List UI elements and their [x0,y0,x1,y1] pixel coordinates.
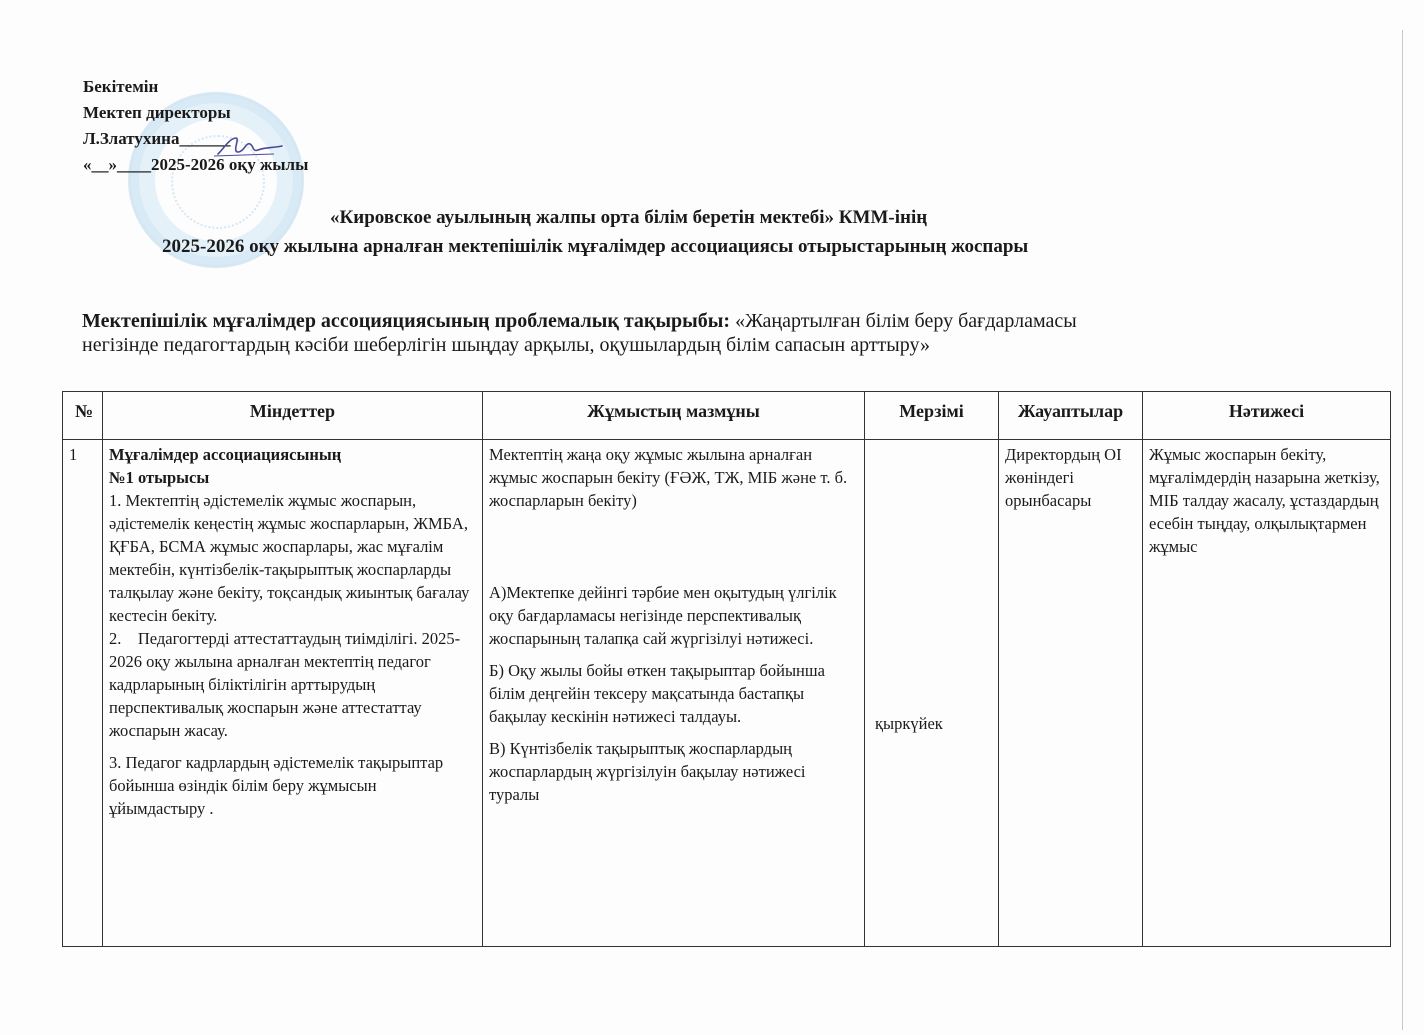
plan-table: № Міндеттер Жұмыстың мазмұны Мерзімі Жау… [62,391,1391,947]
table-row: 1 Мұғалімдер ассоциациясының №1 отырысы … [63,440,1391,947]
task-item-1: 1. Мектептің әдістемелік жұмыс жоспарын,… [109,489,476,627]
page-edge [1402,30,1403,1030]
header-responsible: Жауаптылар [999,392,1143,440]
problem-theme: Мектепішілік мұғалімдер ассоцияциясының … [82,309,1152,357]
approval-block: Бекітемін Мектеп директоры Л.Златухина__… [83,74,308,178]
cell-content: Мектептің жаңа оқу жұмыс жылына арналған… [483,440,865,947]
header-result: Нәтижесі [1143,392,1391,440]
content-item-c: В) Күнтізбелік тақырыптық жоспарлардың ж… [489,737,858,806]
cell-responsible: Директордың ОІ жөніндегі орынбасары [999,440,1143,947]
table-header-row: № Міндеттер Жұмыстың мазмұны Мерзімі Жау… [63,392,1391,440]
content-item-a: А)Мектепке дейінгі тәрбие мен оқытудың ү… [489,581,858,650]
theme-label: Мектепішілік мұғалімдер ассоцияциясының … [82,310,735,332]
header-number: № [63,392,103,440]
task-item-2: 2. Педагогтерді аттестаттаудың тиімділіг… [109,627,476,742]
task-item-3: 3. Педагог кадрлардың әдістемелік тақыры… [109,751,476,820]
cell-tasks: Мұғалімдер ассоциациясының №1 отырысы 1.… [103,440,483,947]
header-tasks: Міндеттер [103,392,483,440]
content-item-b: Б) Оқу жылы бойы өткен тақырыптар бойынш… [489,659,858,728]
content-intro: Мектептің жаңа оқу жұмыс жылына арналған… [489,443,858,512]
cell-result: Жұмыс жоспарын бекіту, мұғалімдердің наз… [1143,440,1391,947]
header-deadline: Мерзімі [865,392,999,440]
cell-number: 1 [63,440,103,947]
meeting-heading-1: Мұғалімдер ассоциациясының [109,443,476,466]
approval-line-2: Мектеп директоры [83,100,308,126]
title-line-2: 2025-2026 оқу жылына арналған мектепішіл… [162,232,1028,261]
cell-deadline: қыркүйек [865,440,999,947]
title-line-1: «Кировское ауылының жалпы орта білім бер… [330,203,927,232]
header-content: Жұмыстың мазмұны [483,392,865,440]
deadline-value: қыркүйек [875,712,943,735]
signature-icon [214,134,284,158]
approval-line-1: Бекітемін [83,74,308,100]
meeting-heading-2: №1 отырысы [109,466,476,489]
